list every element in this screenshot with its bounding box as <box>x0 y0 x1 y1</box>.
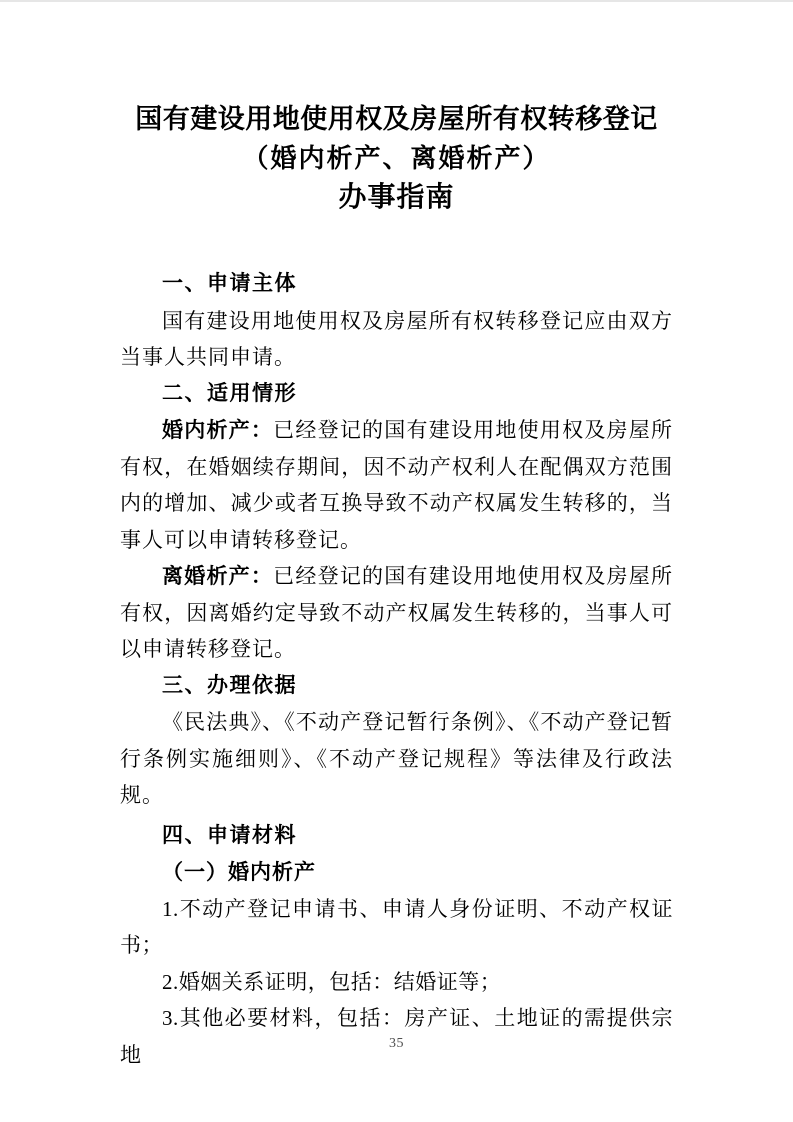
material-list-item-2: 2.婚姻关系证明，包括：结婚证等； <box>120 964 673 1001</box>
section-heading-scenarios: 二、适用情形 <box>120 376 673 413</box>
title-line-2: （婚内析产、离婚析产） <box>120 139 673 178</box>
document-body: 一、申请主体 国有建设用地使用权及房屋所有权转移登记应由双方当事人共同申请。 二… <box>120 266 673 1073</box>
paragraph-marriage-division: 婚内析产：已经登记的国有建设用地使用权及房屋所有权，在婚姻续存期间，因不动产权利… <box>120 412 673 558</box>
paragraph-label-divorce-division: 离婚析产： <box>162 564 273 588</box>
page-top-edge <box>0 0 793 2</box>
page-number: 35 <box>0 1036 793 1052</box>
title-line-1: 国有建设用地使用权及房屋所有权转移登记 <box>120 100 673 139</box>
paragraph-label-marriage-division: 婚内析产： <box>162 418 273 442</box>
page-content: 国有建设用地使用权及房屋所有权转移登记 （婚内析产、离婚析产） 办事指南 一、申… <box>0 0 793 1073</box>
document-page: 国有建设用地使用权及房屋所有权转移登记 （婚内析产、离婚析产） 办事指南 一、申… <box>0 0 793 1122</box>
section-heading-applicant: 一、申请主体 <box>120 266 673 303</box>
subsection-heading-marriage-division: （一）婚内析产 <box>120 854 673 891</box>
paragraph-applicant: 国有建设用地使用权及房屋所有权转移登记应由双方当事人共同申请。 <box>120 303 673 376</box>
section-heading-legal-basis: 三、办理依据 <box>120 668 673 705</box>
title-line-3: 办事指南 <box>120 178 673 217</box>
section-heading-materials: 四、申请材料 <box>120 818 673 855</box>
paragraph-legal-basis: 《民法典》、《不动产登记暂行条例》、《不动产登记暂行条例实施细则》、《不动产登记… <box>120 704 673 814</box>
material-list-item-1: 1.不动产登记申请书、申请人身份证明、不动产权证书； <box>120 891 673 964</box>
document-title: 国有建设用地使用权及房屋所有权转移登记 （婚内析产、离婚析产） 办事指南 <box>120 100 673 217</box>
paragraph-divorce-division: 离婚析产：已经登记的国有建设用地使用权及房屋所有权，因离婚约定导致不动产权属发生… <box>120 558 673 668</box>
